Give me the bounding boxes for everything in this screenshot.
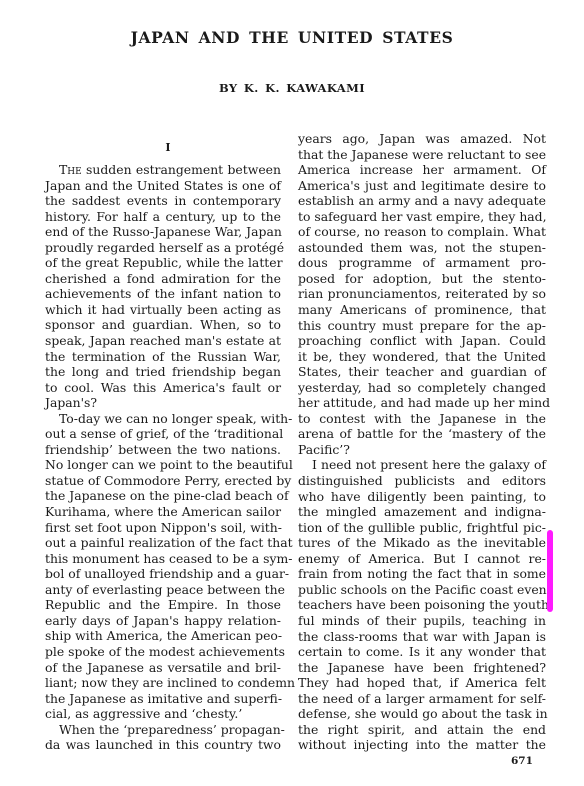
text-line: history. For half a century, up to the	[45, 209, 281, 225]
text-line: Japan's?	[45, 395, 281, 411]
text-line: the Japanese on the pine-clad beach of	[45, 488, 281, 504]
text-line: No longer can we point to the beautiful	[45, 457, 281, 473]
text-line: friendship’ between the two nations.	[45, 442, 281, 458]
text-line: the Japanese have been frightened?	[298, 660, 546, 676]
text-line: early days of Japan's happy relation-	[45, 613, 281, 629]
right-column: years ago, Japan was amazed. Not that th…	[298, 131, 546, 753]
text-line: the saddest events in contemporary	[45, 193, 281, 209]
text-line: to contest with the Japanese in the	[298, 411, 546, 427]
text-line: dous programme of armament pro-	[298, 255, 546, 271]
article-title: JAPAN AND THE UNITED STATES	[0, 28, 584, 47]
text-line: astounded them was, not the stupen-	[298, 240, 546, 256]
text-line: who have diligently been painting, to	[298, 489, 546, 505]
text-line: end of the Russo-Japanese War, Japan	[45, 224, 281, 240]
text-line: Kurihama, where the American sailor	[45, 504, 281, 520]
text-line: the long and tried friendship began	[45, 364, 281, 380]
text-line: establish an army and a navy adequate	[298, 193, 546, 209]
text-line: liant; now they are inclined to condemn	[45, 675, 281, 691]
text-line: tures of the Mikado as the inevitable	[298, 535, 546, 551]
text-line: sponsor and guardian. When, so to	[45, 317, 281, 333]
text-line: of course, no reason to complain. What	[298, 224, 546, 240]
text-line: arena of battle for the ‘mastery of the	[298, 426, 546, 442]
text-line: ple spoke of the modest achievements	[45, 644, 281, 660]
text-line: the Japanese as imitative and superfi-	[45, 691, 281, 707]
dropcap-word: The	[59, 162, 82, 177]
text-line: da was launched in this country two	[45, 737, 281, 753]
text-line: teachers have been poisoning the youth-	[298, 597, 546, 613]
text-line: it be, they wondered, that the United	[298, 349, 546, 365]
text-line: proaching conflict with Japan. Could	[298, 333, 546, 349]
text-line: without injecting into the matter the	[298, 737, 546, 753]
text-line: tion of the gullible public, frightful p…	[298, 520, 546, 536]
text-line: speak, Japan reached man's estate at	[45, 333, 281, 349]
text-line: of the great Republic, while the latter	[45, 255, 281, 271]
author-byline: BY K. K. KAWAKAMI	[0, 81, 584, 95]
text-line: enemy of America. But I cannot re-	[298, 551, 546, 567]
page-number: 671	[511, 755, 533, 767]
text-line: to cool. Was this America's fault or	[45, 380, 281, 396]
text-line: certain to come. Is it any wonder that	[298, 644, 546, 660]
text-line: ship with America, the American peo-	[45, 628, 281, 644]
text-line: They had hoped that, if America felt	[298, 675, 546, 691]
text-line: The sudden estrangement between	[45, 162, 281, 178]
text-line: of the Japanese as versatile and bril-	[45, 660, 281, 676]
text-line: the termination of the Russian War,	[45, 349, 281, 365]
text-line: frain from noting the fact that in some	[298, 566, 546, 582]
text-line: I need not present here the galaxy of	[298, 457, 546, 473]
text-line: States, their teacher and guardian of	[298, 364, 546, 380]
text-line: posed for adoption, but the stento-	[298, 271, 546, 287]
text-line: defense, she would go about the task in	[298, 706, 546, 722]
text-line: the mingled amazement and indigna-	[298, 504, 546, 520]
text-line: America increase her armament. Of	[298, 162, 546, 178]
text-line: years ago, Japan was amazed. Not	[298, 131, 546, 147]
text-line: bol of unalloyed friendship and a guar-	[45, 566, 281, 582]
text-line: America's just and legitimate desire to	[298, 178, 546, 194]
text-line: first set foot upon Nippon's soil, with-	[45, 520, 281, 536]
text-line: out a sense of grief, of the ‘traditiona…	[45, 426, 281, 442]
text-line: her attitude, and had made up her mind	[298, 395, 546, 411]
text-line: To-day we can no longer speak, with-	[45, 411, 281, 427]
text-line: anty of everlasting peace between the	[45, 582, 281, 598]
text-line: that the Japanese were reluctant to see	[298, 147, 546, 163]
text-line: this country must prepare for the ap-	[298, 318, 546, 334]
text-line: to safeguard her vast empire, they had,	[298, 209, 546, 225]
text-line: cial, as aggressive and ‘chesty.’	[45, 706, 281, 722]
text-line: rian pronunciamentos, reiterated by so	[298, 286, 546, 302]
section-number: I	[45, 140, 281, 159]
margin-highlight-mark	[547, 530, 553, 612]
text-line: statue of Commodore Perry, erected by	[45, 473, 281, 489]
text-line: the need of a larger armament for self-	[298, 691, 546, 707]
text-line: yesterday, had so completely changed	[298, 380, 546, 396]
text-line: cherished a fond admiration for the	[45, 271, 281, 287]
text-line: achievements of the infant nation to	[45, 286, 281, 302]
text-line: When the ‘preparedness’ propagan-	[45, 722, 281, 738]
text-line: Japan and the United States is one of	[45, 178, 281, 194]
text-line: Republic and the Empire. In those	[45, 597, 281, 613]
text-line: proudly regarded herself as a protégé	[45, 240, 281, 256]
text-line: ful minds of their pupils, teaching in	[298, 613, 546, 629]
text-line: public schools on the Pacific coast even	[298, 582, 546, 598]
text-line: distinguished publicists and editors	[298, 473, 546, 489]
text-line: out a painful realization of the fact th…	[45, 535, 281, 551]
text-line: this monument has ceased to be a sym-	[45, 551, 281, 567]
text-line: Pacific’?	[298, 442, 546, 458]
left-column: I The sudden estrangement between Japan …	[45, 140, 281, 753]
text-line: the right spirit, and attain the end	[298, 722, 546, 738]
text-line: many Americans of prominence, that	[298, 302, 546, 318]
text-line: which it had virtually been acting as	[45, 302, 281, 318]
text-line: the class-rooms that war with Japan is	[298, 629, 546, 645]
